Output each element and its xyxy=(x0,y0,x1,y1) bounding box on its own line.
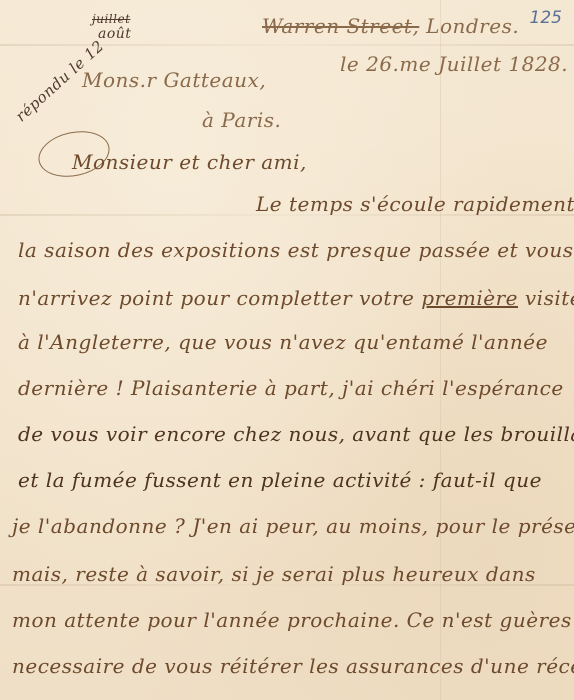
body-line: Le temps s'écoule rapidement, xyxy=(256,192,574,216)
heading-date: le 26.me Juillet 1828. xyxy=(340,52,568,76)
body-line: je l'abandonne ? J'en ai peur, au moins,… xyxy=(12,514,574,538)
body-line: et la fumée fussent en pleine activité :… xyxy=(18,468,542,492)
body-line: mais, reste à savoir, si je serai plus h… xyxy=(12,562,536,586)
addressee-city: à Paris. xyxy=(202,108,281,132)
margin-annotation-struck: juillet xyxy=(92,12,130,26)
body-line: necessaire de vous réitérer les assuranc… xyxy=(12,654,574,678)
body-line: dernière ! Plaisanterie à part, j'ai ché… xyxy=(18,376,564,400)
heading-place: Warren Street, Londres. xyxy=(262,14,519,38)
addressee-name: Mons.r Gatteaux, xyxy=(82,68,266,92)
body-line: n'arrivez point pour completter votre pr… xyxy=(18,286,574,310)
body-line: la saison des expositions est presque pa… xyxy=(18,238,574,262)
body-line: à l'Angleterre, que vous n'avez qu'entam… xyxy=(18,330,548,354)
letter-page: 125 répondu le 12 juillet août Warren St… xyxy=(0,0,574,700)
salutation: Monsieur et cher ami, xyxy=(72,150,307,174)
body-line: mon attente pour l'année prochaine. Ce n… xyxy=(12,608,572,632)
archive-number: 125 xyxy=(530,8,562,28)
margin-annotation-inserted: août xyxy=(98,26,131,42)
body-line: de vous voir encore chez nous, avant que… xyxy=(18,422,574,446)
